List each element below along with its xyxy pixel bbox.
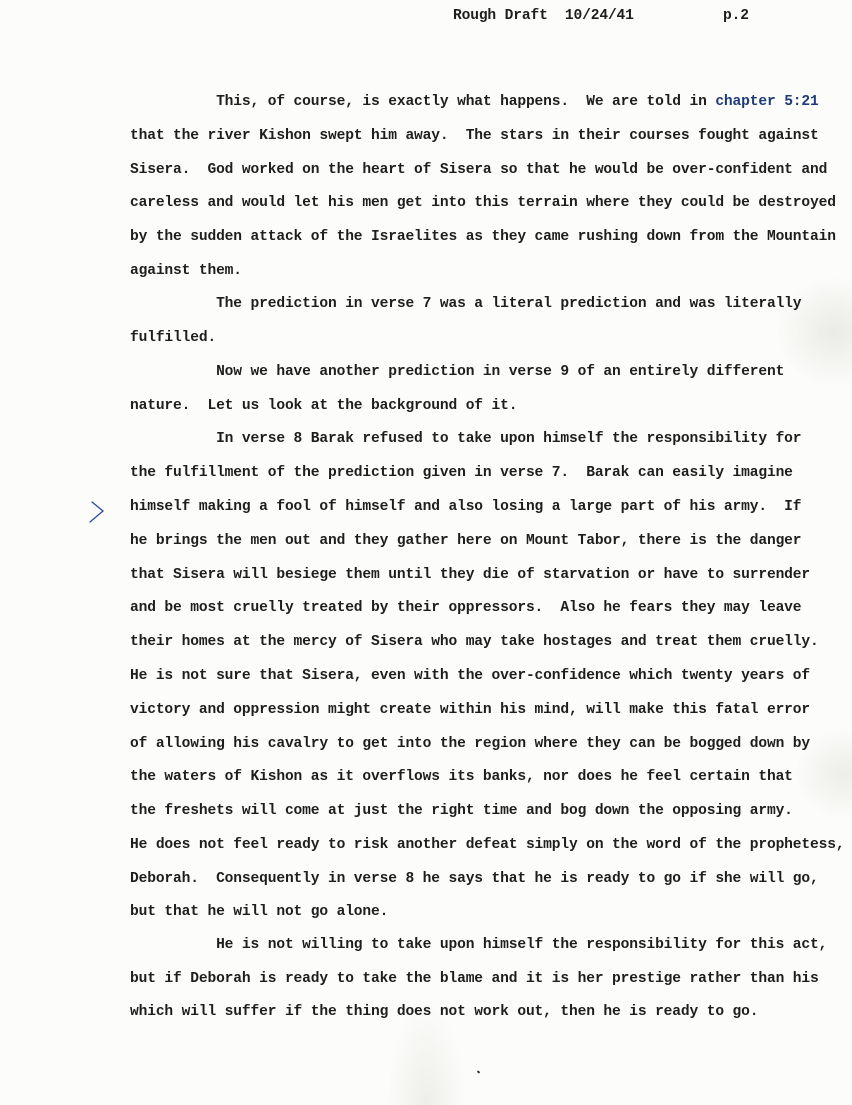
text-line: but if Deborah is ready to take the blam…	[130, 971, 819, 987]
text-line: He is not willing to take upon himself t…	[130, 937, 827, 953]
line-text: the freshets will come at just the right…	[130, 803, 793, 819]
document-page: Rough Draft 10/24/41 p.2 This, of course…	[0, 0, 852, 1105]
line-text: and be most cruelly treated by their opp…	[130, 600, 801, 616]
text-line: he brings the men out and they gather he…	[130, 533, 801, 549]
page-header: Rough Draft 10/24/41	[453, 8, 634, 24]
line-text: In verse 8 Barak refused to take upon hi…	[130, 431, 801, 447]
line-text: fulfilled.	[130, 330, 216, 346]
text-line: their homes at the mercy of Sisera who m…	[130, 634, 819, 650]
line-text: their homes at the mercy of Sisera who m…	[130, 634, 819, 650]
line-text: himself making a fool of himself and als…	[130, 499, 801, 515]
text-line: The prediction in verse 7 was a literal …	[130, 296, 801, 312]
text-line: of allowing his cavalry to get into the …	[130, 736, 810, 752]
header-title: Rough Draft	[453, 8, 548, 24]
text-line: himself making a fool of himself and als…	[130, 499, 801, 515]
text-line: nature. Let us look at the background of…	[130, 398, 517, 414]
line-text: Now we have another prediction in verse …	[130, 364, 784, 380]
line-text: which will suffer if the thing does not …	[130, 1004, 758, 1020]
line-text: He is not willing to take upon himself t…	[130, 937, 827, 953]
line-text: The prediction in verse 7 was a literal …	[130, 296, 801, 312]
margin-check-mark-icon	[88, 500, 108, 524]
line-text: victory and oppression might create with…	[130, 702, 810, 718]
text-line: which will suffer if the thing does not …	[130, 1004, 758, 1020]
line-text: nature. Let us look at the background of…	[130, 398, 517, 414]
line-text: careless and would let his men get into …	[130, 195, 836, 211]
line-text: against them.	[130, 263, 242, 279]
line-text: He is not sure that Sisera, even with th…	[130, 668, 810, 684]
line-text: the fulfillment of the prediction given …	[130, 465, 793, 481]
line-text: by the sudden attack of the Israelites a…	[130, 229, 836, 245]
line-text: he brings the men out and they gather he…	[130, 533, 801, 549]
line-text: that the river Kishon swept him away. Th…	[130, 128, 819, 144]
text-line: He does not feel ready to risk another d…	[130, 837, 844, 853]
text-line: the freshets will come at just the right…	[130, 803, 793, 819]
line-text: He does not feel ready to risk another d…	[130, 837, 844, 853]
scripture-reference: chapter 5:21	[715, 94, 818, 110]
line-text: but that he will not go alone.	[130, 904, 388, 920]
line-text: that Sisera will besiege them until they…	[130, 567, 810, 583]
header-date: 10/24/41	[565, 8, 634, 24]
text-line: In verse 8 Barak refused to take upon hi…	[130, 431, 801, 447]
line-text: of allowing his cavalry to get into the …	[130, 736, 810, 752]
text-line: fulfilled.	[130, 330, 216, 346]
page-number: p.2	[723, 8, 749, 24]
text-line: Deborah. Consequently in verse 8 he says…	[130, 871, 819, 887]
line-text: This, of course, is exactly what happens…	[130, 94, 715, 110]
text-line: victory and oppression might create with…	[130, 702, 810, 718]
text-line: the waters of Kishon as it overflows its…	[130, 769, 793, 785]
line-text: Deborah. Consequently in verse 8 he says…	[130, 871, 819, 887]
text-line: This, of course, is exactly what happens…	[130, 94, 819, 110]
line-text: Sisera. God worked on the heart of Siser…	[130, 162, 827, 178]
text-line: Sisera. God worked on the heart of Siser…	[130, 162, 827, 178]
text-line: by the sudden attack of the Israelites a…	[130, 229, 836, 245]
text-line: careless and would let his men get into …	[130, 195, 836, 211]
line-text: the waters of Kishon as it overflows its…	[130, 769, 793, 785]
text-line: the fulfillment of the prediction given …	[130, 465, 793, 481]
text-line: He is not sure that Sisera, even with th…	[130, 668, 810, 684]
text-line: against them.	[130, 263, 242, 279]
text-line: but that he will not go alone.	[130, 904, 388, 920]
text-line: and be most cruelly treated by their opp…	[130, 600, 801, 616]
paper-speck	[477, 1070, 481, 1073]
text-line: Now we have another prediction in verse …	[130, 364, 784, 380]
line-text: but if Deborah is ready to take the blam…	[130, 971, 819, 987]
text-line: that the river Kishon swept him away. Th…	[130, 128, 819, 144]
text-line: that Sisera will besiege them until they…	[130, 567, 810, 583]
